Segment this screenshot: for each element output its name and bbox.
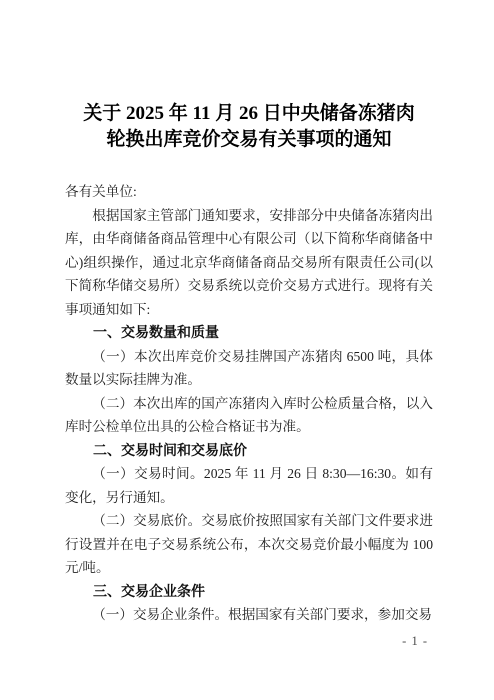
paragraph-base-price: （二）交易底价。交易底价按照国家有关部门文件要求进行设置并在电子交易系统公布，本… [65,509,433,580]
document-page: 关于 2025 年 11 月 26 日中央储备冻猪肉 轮换出库竞价交易有关事项的… [0,0,494,700]
paragraph-trading-time: （一）交易时间。2025 年 11 月 26 日 8:30—16:30。如有变化… [65,462,433,509]
intro-paragraph: 根据国家主管部门通知要求，安排部分中央储备冻猪肉出库，由华商储备商品管理中心有限… [65,204,433,322]
title-line-1: 关于 2025 年 11 月 26 日中央储备冻猪肉 [65,101,433,127]
page-number: - 1 - [0,633,428,649]
paragraph-quantity: （一）本次出库竞价交易挂牌国产冻猪肉 6500 吨，具体数量以实际挂牌为准。 [65,345,433,392]
section-heading-enterprise-conditions: 三、交易企业条件 [65,580,433,604]
salutation: 各有关单位: [65,180,433,204]
section-heading-time-price: 二、交易时间和交易底价 [65,439,433,463]
paragraph-quality: （二）本次出库的国产冻猪肉入库时公检质量合格，以入库时公检单位出具的公检合格证书… [65,392,433,439]
section-heading-quantity-quality: 一、交易数量和质量 [65,321,433,345]
paragraph-enterprise-conditions: （一）交易企业条件。根据国家有关部门要求，参加交易 [65,603,433,627]
document-title: 关于 2025 年 11 月 26 日中央储备冻猪肉 轮换出库竞价交易有关事项的… [65,101,433,153]
title-line-2: 轮换出库竞价交易有关事项的通知 [65,127,433,153]
